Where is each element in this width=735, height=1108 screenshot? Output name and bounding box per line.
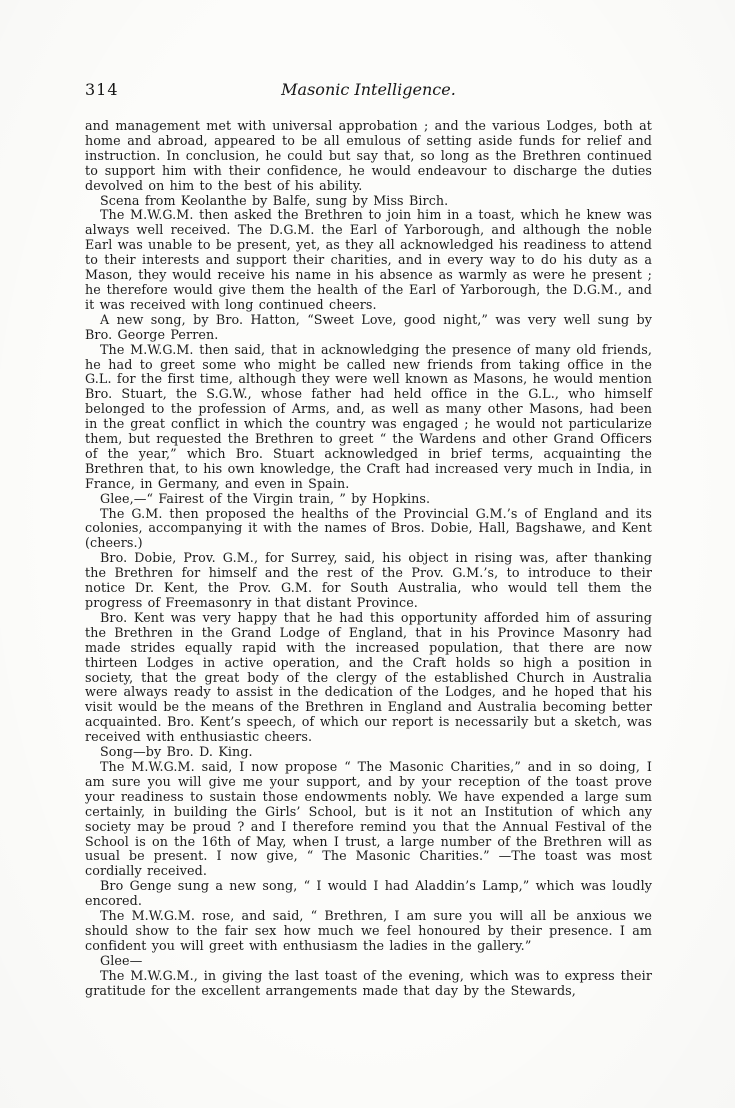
paragraph-scena: Scena from Keolanthe by Balfe, sung by M… bbox=[85, 194, 652, 209]
scanned-page: 314 Masonic Intelligence. and management… bbox=[0, 0, 735, 1108]
paragraph-toast-yarborough: The M.W.G.M. then asked the Brethren to … bbox=[85, 208, 652, 312]
paragraph-continuation: and management met with universal approb… bbox=[85, 119, 652, 194]
paragraph-bro-kent: Bro. Kent was very happy that he had thi… bbox=[85, 611, 652, 745]
paragraph-new-friends: The M.W.G.M. then said, that in acknowle… bbox=[85, 343, 652, 492]
paragraph-new-song: A new song, by Bro. Hatton, “Sweet Love,… bbox=[85, 313, 652, 343]
page-header: 314 Masonic Intelligence. bbox=[85, 80, 652, 102]
paragraph-ladies-gallery: The M.W.G.M. rose, and said, “ Brethren,… bbox=[85, 909, 652, 954]
paragraph-glee-hopkins: Glee,—“ Fairest of the Virgin train, ” b… bbox=[85, 492, 652, 507]
paragraph-provincial-gms: The G.M. then proposed the healths of th… bbox=[85, 507, 652, 552]
paragraph-bro-dobie: Bro. Dobie, Prov. G.M., for Surrey, said… bbox=[85, 551, 652, 611]
paragraph-bro-genge: Bro Genge sung a new song, “ I would I h… bbox=[85, 879, 652, 909]
paragraph-last-toast: The M.W.G.M., in giving the last toast o… bbox=[85, 969, 652, 999]
paragraph-glee: Glee— bbox=[85, 954, 652, 969]
paragraph-masonic-charities: The M.W.G.M. said, I now propose “ The M… bbox=[85, 760, 652, 879]
article-body: and management met with universal approb… bbox=[85, 119, 652, 998]
paragraph-song-king: Song—by Bro. D. King. bbox=[85, 745, 652, 760]
running-title: Masonic Intelligence. bbox=[85, 80, 652, 99]
